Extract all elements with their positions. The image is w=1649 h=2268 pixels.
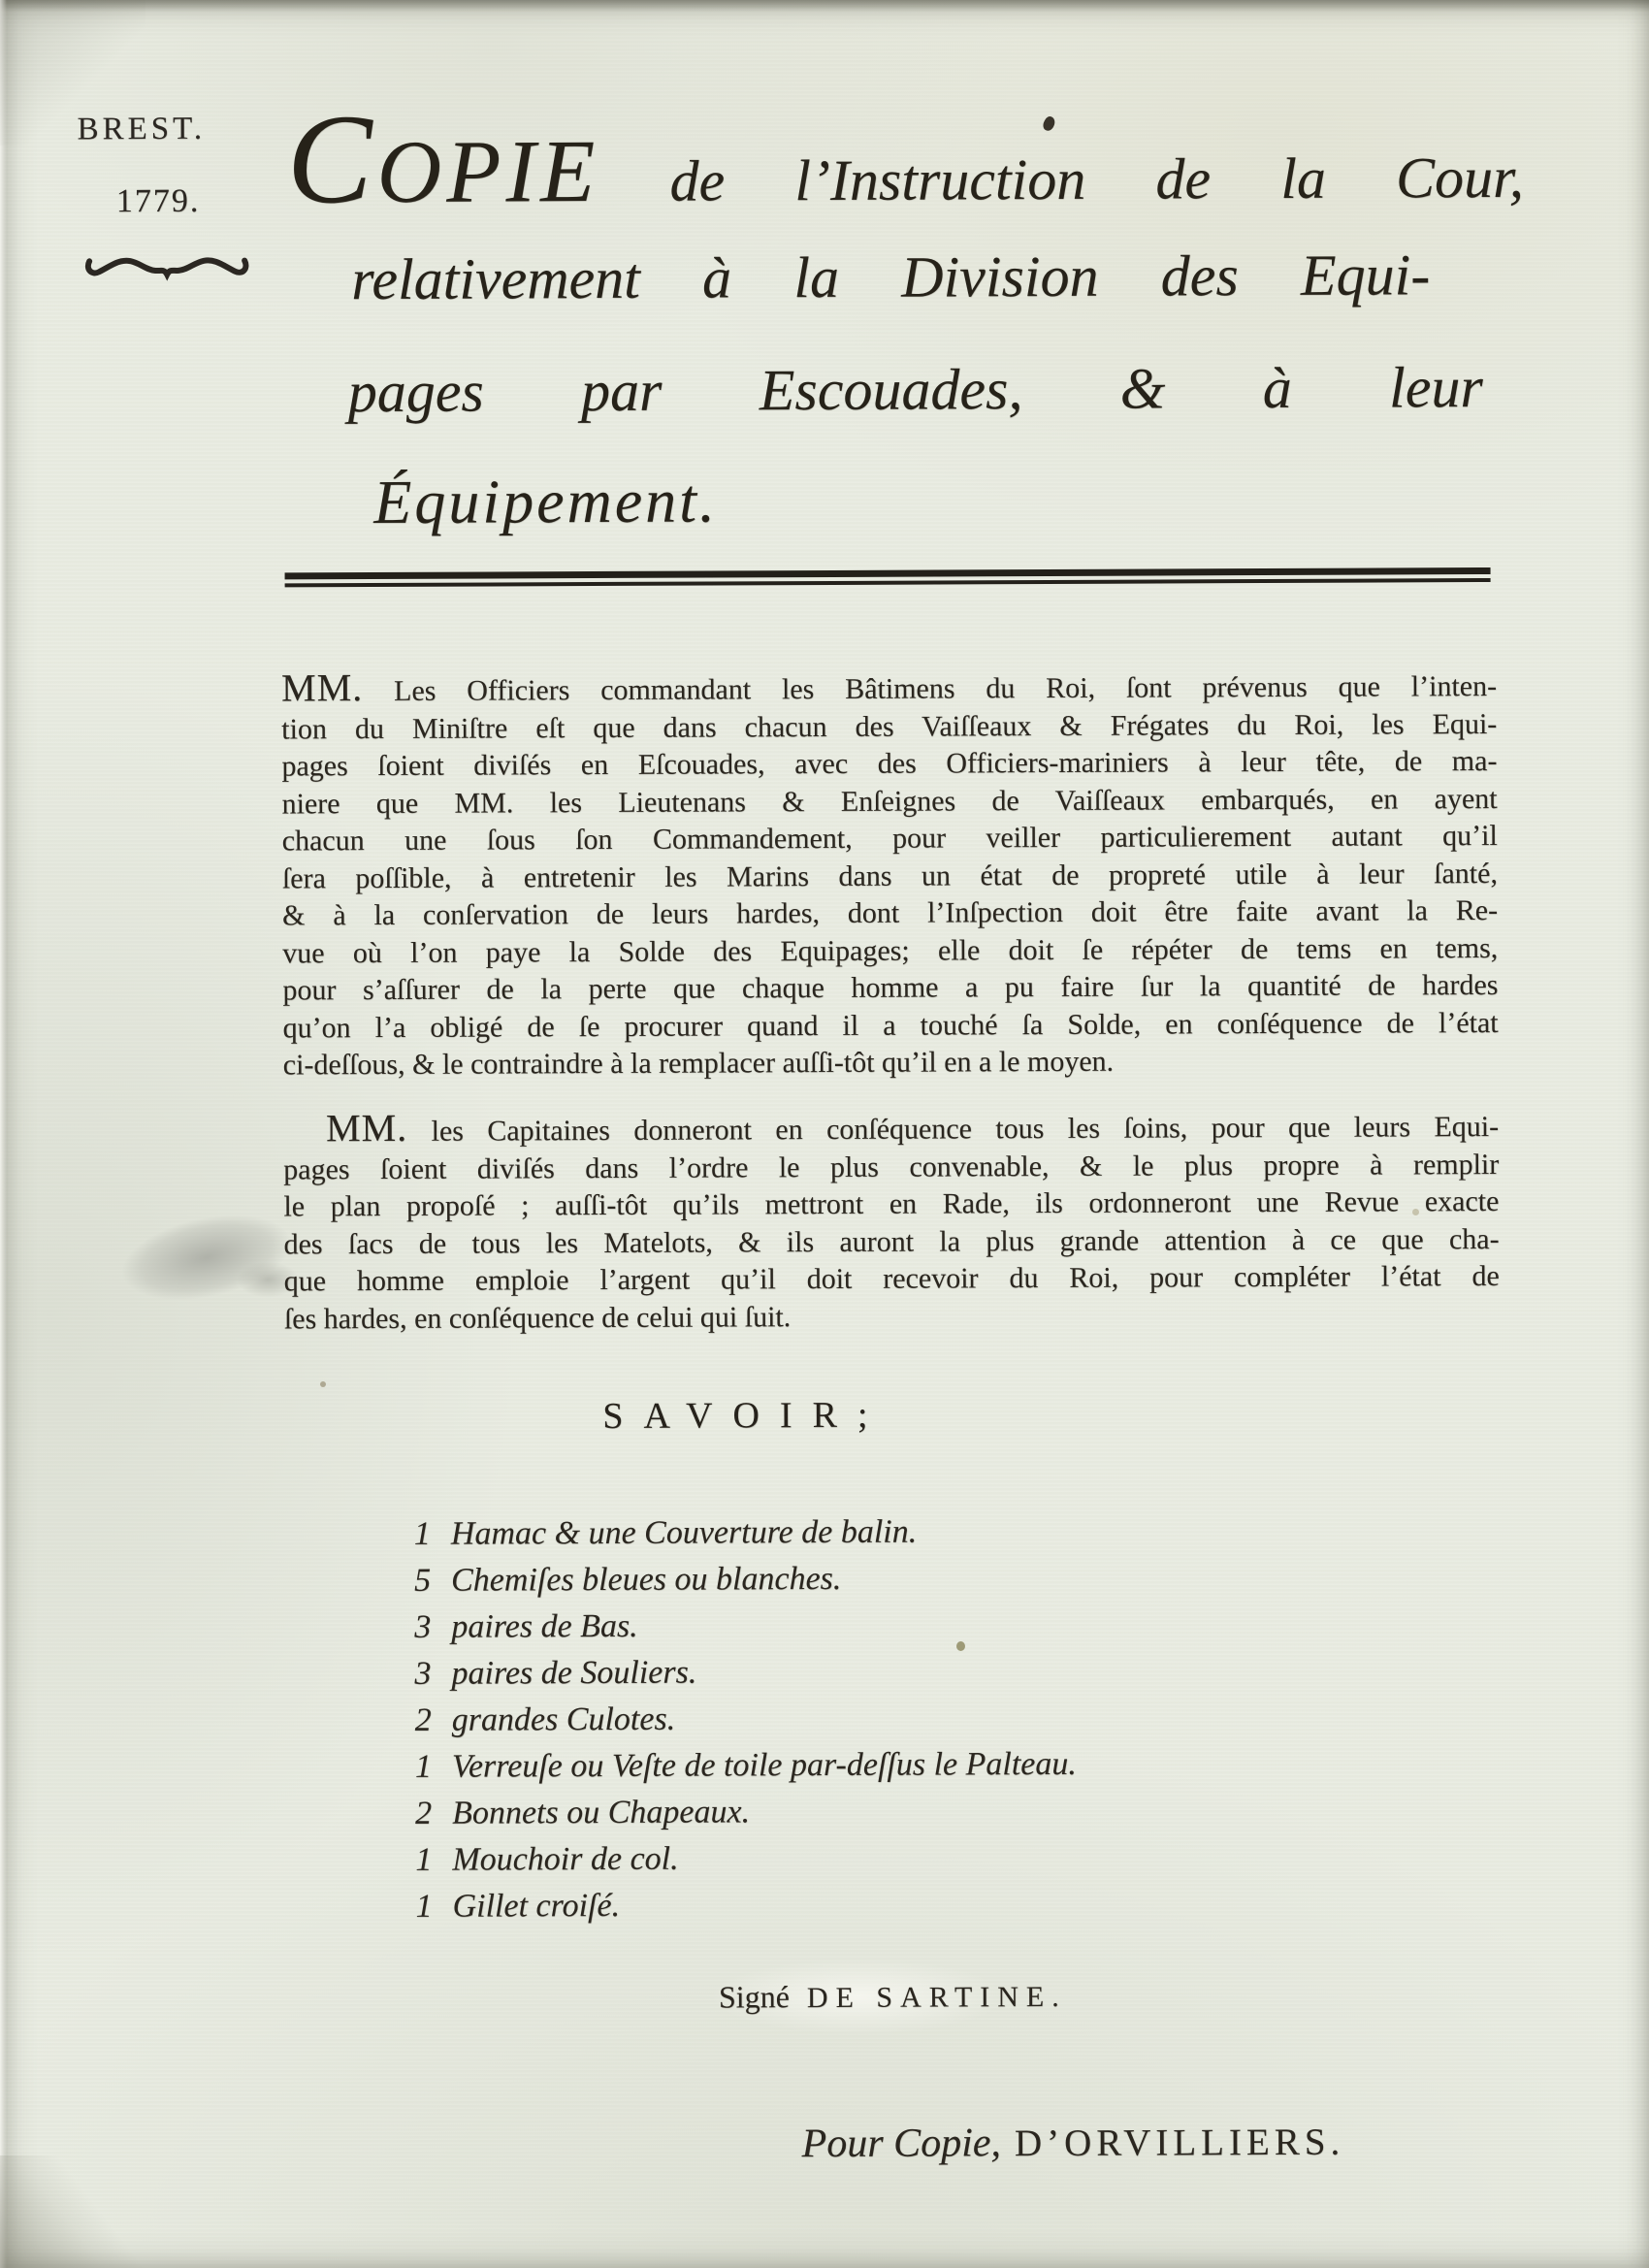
item-text: paires de Souliers. bbox=[451, 1655, 696, 1692]
title-line-1-rest: de l’Instruction de la Cour, bbox=[669, 146, 1524, 213]
savoir-heading: SAVOIR; bbox=[602, 1394, 888, 1438]
list-item: 2grandes Culotes. bbox=[415, 1695, 1077, 1744]
text-line: vue où l’on paye la Solde des Equipages;… bbox=[282, 929, 1498, 972]
text-line: pages ſoient diviſés en Eſcouades, avec … bbox=[281, 743, 1497, 786]
list-item: 3paires de Bas. bbox=[414, 1602, 1076, 1651]
item-text: Verreuſe ou Veſte de toile par-deſſus le… bbox=[452, 1746, 1077, 1785]
item-text: Gillet croiſé. bbox=[452, 1888, 620, 1925]
list-item: 2Bonnets ou Chapeaux. bbox=[415, 1788, 1077, 1837]
signature-prefix: Signé bbox=[719, 1979, 790, 2014]
item-text: Hamac & une Couverture de balin. bbox=[451, 1514, 917, 1552]
copy-attribution-line: Pour Copie,D’ORVILLIERS. bbox=[802, 2119, 1345, 2167]
text-line: pour s’aſſurer de la perte que chaque ho… bbox=[282, 967, 1498, 1010]
title-line-3: pages par Escouades, & à leur bbox=[348, 358, 1483, 421]
signatory-name: DE SARTINE. bbox=[807, 1981, 1067, 2014]
paragraph-lead: MM. bbox=[281, 665, 363, 709]
paragraph-2: MM. les Capitaines donneront en conſéque… bbox=[283, 1109, 1500, 1338]
item-quantity: 1 bbox=[415, 1884, 452, 1930]
item-text: grandes Culotes. bbox=[452, 1701, 676, 1738]
list-item: 1Gillet croiſé. bbox=[415, 1881, 1077, 1930]
imprint-place: BREST. bbox=[77, 112, 206, 148]
signature-line: SignéDE SARTINE. bbox=[719, 1978, 1067, 2016]
document-content: BREST. 1779. COPIE de l’Instruction de l… bbox=[0, 0, 1649, 2268]
item-quantity: 1 bbox=[414, 1511, 451, 1558]
copyist-name: D’ORVILLIERS. bbox=[1015, 2122, 1344, 2164]
list-item: 3paires de Souliers. bbox=[414, 1648, 1076, 1698]
list-item: 1Hamac & une Couverture de balin. bbox=[414, 1508, 1076, 1558]
title-line-4: Équipement. bbox=[373, 470, 718, 534]
text-line-rest: les Capitaines donneront en conſéquence … bbox=[432, 1111, 1500, 1148]
text-line: ſes hardes, en conſéquence de celui qui … bbox=[284, 1295, 1500, 1338]
title-line-2: relativement à la Division des Equi- bbox=[351, 245, 1430, 308]
item-text: paires de Bas. bbox=[451, 1608, 638, 1645]
item-text: Bonnets ou Chapeaux. bbox=[452, 1794, 750, 1831]
text-line: pages ſoient diviſés dans l’ordre le plu… bbox=[283, 1146, 1499, 1188]
text-line: que homme emploie l’argent qu’il doit re… bbox=[284, 1258, 1500, 1301]
item-quantity: 3 bbox=[414, 1604, 451, 1651]
flourish-ornament bbox=[83, 243, 250, 287]
item-quantity: 5 bbox=[414, 1558, 451, 1604]
copy-prefix: Pour Copie, bbox=[802, 2121, 1002, 2166]
list-item: 5Chemiſes bleues ou blanches. bbox=[414, 1555, 1076, 1604]
item-text: Mouchoir de col. bbox=[452, 1841, 678, 1878]
text-line: tion du Miniſtre eſt que dans chacun des… bbox=[281, 705, 1497, 748]
imprint-year: 1779. bbox=[116, 183, 201, 220]
text-line: niere que MM. les Lieutenans & Enſeignes… bbox=[282, 780, 1498, 823]
paragraph-1: MM. Les Officiers commandant les Bâtimen… bbox=[281, 668, 1499, 1085]
text-line: des ſacs de tous les Matelots, & ils aur… bbox=[283, 1220, 1499, 1263]
list-item: 1Verreuſe ou Veſte de toile par-deſſus l… bbox=[415, 1741, 1077, 1791]
double-rule bbox=[285, 567, 1491, 587]
title-line-1: COPIE de l’Instruction de la Cour, bbox=[286, 90, 1524, 224]
item-quantity: 3 bbox=[414, 1651, 451, 1698]
text-line: ſera poſſible, à entretenir les Marins d… bbox=[282, 855, 1498, 897]
title-lead-word: COPIE bbox=[286, 94, 599, 223]
item-quantity: 2 bbox=[415, 1698, 452, 1744]
item-quantity: 1 bbox=[415, 1837, 452, 1884]
text-line: chacun une ſous ſon Commandement, pour v… bbox=[282, 818, 1498, 860]
text-line: MM. Les Officiers commandant les Bâtimen… bbox=[281, 668, 1497, 711]
text-line: MM. les Capitaines donneront en conſéque… bbox=[283, 1109, 1499, 1151]
item-quantity: 1 bbox=[415, 1744, 452, 1791]
paragraph-lead: MM. bbox=[326, 1106, 407, 1150]
list-item: 1Mouchoir de col. bbox=[415, 1834, 1077, 1884]
item-text: Chemiſes bleues ou blanches. bbox=[451, 1561, 841, 1599]
text-line: ci-deſſous, & le contraindre à la rempla… bbox=[283, 1042, 1499, 1085]
text-line: & à la conſervation de leurs hardes, don… bbox=[282, 892, 1498, 935]
document-page: BREST. 1779. COPIE de l’Instruction de l… bbox=[0, 0, 1649, 2268]
item-quantity: 2 bbox=[415, 1791, 452, 1837]
text-line-rest: Les Officiers commandant les Bâtimens du… bbox=[394, 670, 1497, 707]
text-line: qu’on l’a obligé de ſe procurer quand il… bbox=[283, 1004, 1499, 1047]
equipment-list: 1Hamac & une Couverture de balin. 5Chemi… bbox=[414, 1508, 1078, 1930]
text-line: le plan propoſé ; auſſi-tôt qu’ils mettr… bbox=[283, 1183, 1499, 1226]
